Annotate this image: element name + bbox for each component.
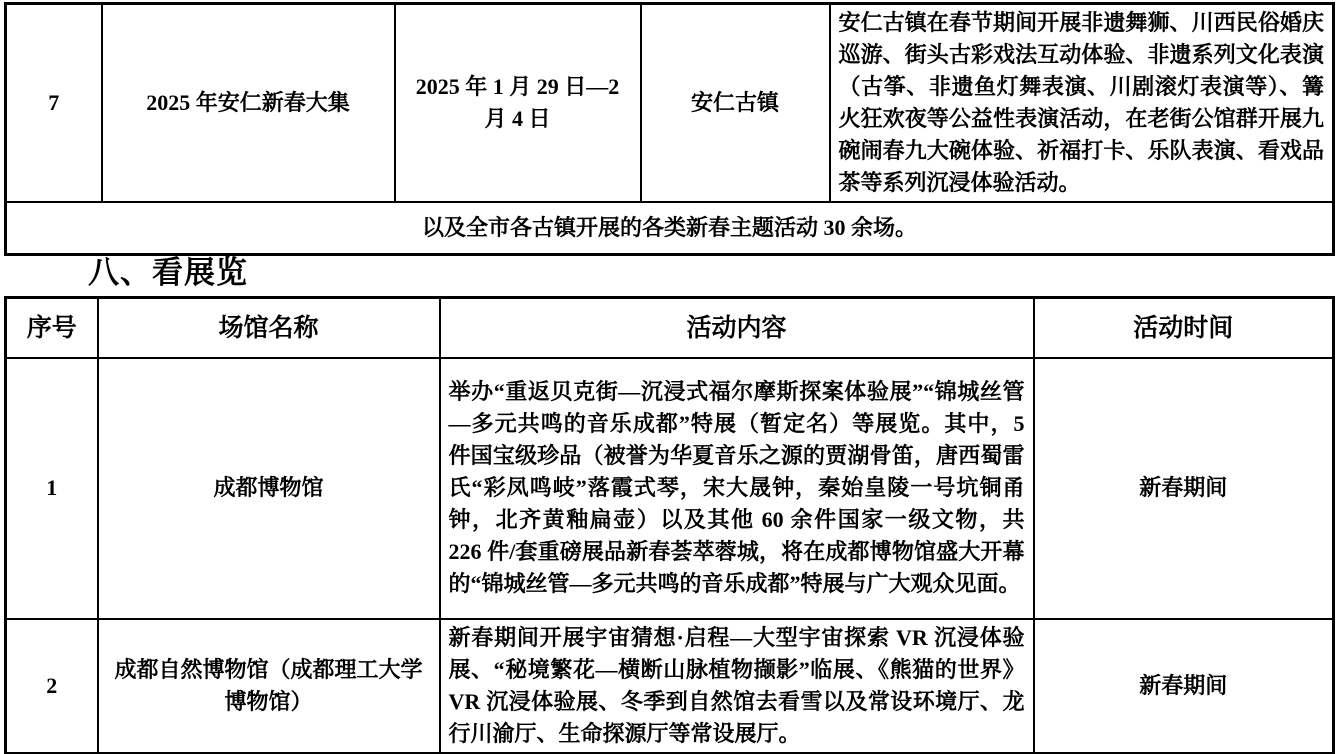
col-header-content: 活动内容 — [440, 298, 1034, 358]
activity-location: 安仁古镇 — [641, 4, 830, 203]
col-header-venue: 场馆名称 — [98, 298, 440, 358]
exhibitions-table-container: 序号 场馆名称 活动内容 活动时间 1 成都博物馆 举办“重返贝克街—沉浸式福尔… — [4, 296, 1335, 754]
exhibition-serial: 2 — [6, 619, 98, 754]
activities-footer-note: 以及全市各古镇开展的各类新春主题活动 30 余场。 — [6, 202, 1334, 254]
exhibition-venue: 成都自然博物馆（成都理工大学博物馆） — [98, 619, 440, 754]
exhibitions-header-row: 序号 场馆名称 活动内容 活动时间 — [6, 298, 1334, 358]
exhibition-time: 新春期间 — [1034, 358, 1334, 619]
col-header-time: 活动时间 — [1034, 298, 1334, 358]
activity-description: 安仁古镇在春节期间开展非遗舞狮、川西民俗婚庆巡游、街头古彩戏法互动体验、非遗系列… — [830, 4, 1334, 203]
exhibition-serial: 1 — [6, 358, 98, 619]
activity-serial: 7 — [6, 4, 102, 203]
activity-date: 2025 年 1 月 29 日—2 月 4 日 — [395, 4, 641, 203]
exhibition-time: 新春期间 — [1034, 619, 1334, 754]
section-heading: 八、看展览 — [88, 253, 248, 293]
activities-table: 7 2025 年安仁新春大集 2025 年 1 月 29 日—2 月 4 日 安… — [4, 2, 1335, 256]
exhibition-content: 举办“重返贝克街—沉浸式福尔摩斯探案体验展”“锦城丝管—多元共鸣的音乐成都”特展… — [440, 358, 1034, 619]
exhibitions-table: 序号 场馆名称 活动内容 活动时间 1 成都博物馆 举办“重返贝克街—沉浸式福尔… — [4, 296, 1335, 754]
activity-row-7: 7 2025 年安仁新春大集 2025 年 1 月 29 日—2 月 4 日 安… — [6, 4, 1334, 203]
activities-table-container: 7 2025 年安仁新春大集 2025 年 1 月 29 日—2 月 4 日 安… — [4, 2, 1335, 256]
activity-name: 2025 年安仁新春大集 — [102, 4, 395, 203]
exhibition-row-2: 2 成都自然博物馆（成都理工大学博物馆） 新春期间开展宇宙猜想·启程—大型宇宙探… — [6, 619, 1334, 754]
col-header-serial: 序号 — [6, 298, 98, 358]
exhibition-content: 新春期间开展宇宙猜想·启程—大型宇宙探索 VR 沉浸体验展、“秘境繁花—横断山脉… — [440, 619, 1034, 754]
activities-note-row: 以及全市各古镇开展的各类新春主题活动 30 余场。 — [6, 202, 1334, 254]
exhibition-venue: 成都博物馆 — [98, 358, 440, 619]
exhibition-row-1: 1 成都博物馆 举办“重返贝克街—沉浸式福尔摩斯探案体验展”“锦城丝管—多元共鸣… — [6, 358, 1334, 619]
